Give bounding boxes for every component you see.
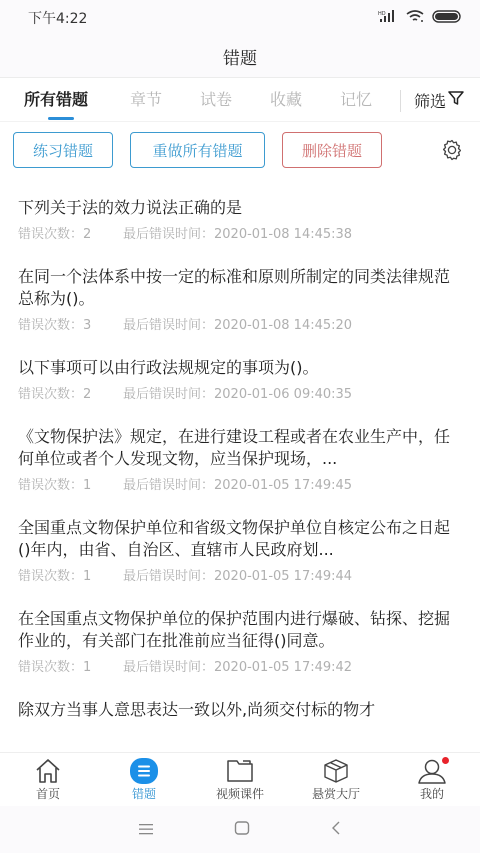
tab-label: 记忆 bbox=[340, 90, 372, 109]
question-title: 以下事项可以由行政法规规定的事项为()。 bbox=[18, 357, 462, 379]
last-error-time: 最后错误时间：2020-01-06 09:40:35 bbox=[123, 383, 352, 402]
nav-label: 视频课件 bbox=[216, 785, 264, 802]
gear-icon[interactable] bbox=[440, 138, 464, 166]
question-title: 在同一个法体系中按一定的标准和原则所制定的同类法律规范总称为()。 bbox=[18, 266, 462, 310]
user-icon bbox=[417, 757, 447, 785]
system-nav-bar bbox=[0, 806, 480, 853]
wifi-icon bbox=[406, 10, 424, 27]
error-count: 错误次数：2 bbox=[18, 383, 123, 402]
notification-badge bbox=[442, 757, 449, 764]
nav-mine[interactable]: 我的 bbox=[384, 753, 480, 806]
status-time: 下午4:22 bbox=[28, 8, 87, 28]
signal-icon: HD bbox=[378, 10, 398, 26]
status-bar: 下午4:22 HD bbox=[0, 0, 480, 36]
nav-video-courses[interactable]: 视频课件 bbox=[192, 753, 288, 806]
last-error-time: 最后错误时间：2020-01-05 17:49:45 bbox=[123, 474, 352, 493]
bottom-nav: 首页 错题 视频课件 悬赏大厅 我的 bbox=[0, 752, 480, 806]
last-error-time: 最后错误时间：2020-01-05 17:49:42 bbox=[123, 656, 352, 675]
question-meta: 错误次数：1最后错误时间：2020-01-05 17:49:45 bbox=[18, 474, 462, 493]
box-icon bbox=[322, 757, 350, 785]
tab-label: 所有错题 bbox=[24, 90, 88, 109]
tab-chapter[interactable]: 章节 bbox=[130, 78, 200, 122]
question-title: 在全国重点文物保护单位的保护范围内进行爆破、钻探、挖掘作业的，有关部门在批准前应… bbox=[18, 608, 462, 652]
list-item[interactable]: 《文物保护法》规定，在进行建设工程或者在农业生产中，任何单位或者个人发现文物，应… bbox=[0, 414, 480, 493]
question-meta: 错误次数：1最后错误时间：2020-01-05 17:49:42 bbox=[18, 656, 462, 675]
practice-wrong-button[interactable]: 练习错题 bbox=[13, 132, 113, 168]
list-item[interactable]: 在同一个法体系中按一定的标准和原则所制定的同类法律规范总称为()。 错误次数：3… bbox=[0, 254, 480, 333]
nav-bounty-hall[interactable]: 悬赏大厅 bbox=[288, 753, 384, 806]
list-icon bbox=[130, 757, 158, 785]
list-item[interactable]: 全国重点文物保护单位和省级文物保护单位自核定公布之日起()年内，由省、自治区、直… bbox=[0, 505, 480, 584]
question-title: 全国重点文物保护单位和省级文物保护单位自核定公布之日起()年内，由省、自治区、直… bbox=[18, 517, 462, 561]
folder-icon bbox=[226, 757, 254, 785]
home-button-icon[interactable] bbox=[234, 820, 250, 839]
last-error-time: 最后错误时间：2020-01-08 14:45:38 bbox=[123, 223, 352, 242]
error-count: 错误次数：3 bbox=[18, 314, 123, 333]
tab-label: 试卷 bbox=[200, 90, 232, 109]
list-item[interactable]: 在全国重点文物保护单位的保护范围内进行爆破、钻探、挖掘作业的，有关部门在批准前应… bbox=[0, 596, 480, 675]
question-meta: 错误次数：2最后错误时间：2020-01-06 09:40:35 bbox=[18, 383, 462, 402]
nav-home[interactable]: 首页 bbox=[0, 753, 96, 806]
home-icon bbox=[34, 757, 62, 785]
action-bar: 练习错题 重做所有错题 删除错题 bbox=[0, 122, 480, 178]
question-title: 《文物保护法》规定，在进行建设工程或者在农业生产中，任何单位或者个人发现文物，应… bbox=[18, 426, 462, 470]
page-title: 错题 bbox=[223, 44, 257, 69]
nav-label: 首页 bbox=[36, 785, 60, 802]
list-item[interactable]: 下列关于法的效力说法正确的是 错误次数：2最后错误时间：2020-01-08 1… bbox=[0, 185, 480, 242]
error-count: 错误次数：1 bbox=[18, 656, 123, 675]
delete-wrong-button[interactable]: 删除错题 bbox=[282, 132, 382, 168]
question-meta: 错误次数：2最后错误时间：2020-01-08 14:45:38 bbox=[18, 223, 462, 242]
tab-memory[interactable]: 记忆 bbox=[340, 78, 400, 122]
filter-icon bbox=[448, 90, 464, 110]
wrong-question-list[interactable]: 下列关于法的效力说法正确的是 错误次数：2最后错误时间：2020-01-08 1… bbox=[0, 185, 480, 750]
nav-label: 错题 bbox=[132, 785, 156, 802]
menu-icon[interactable] bbox=[138, 820, 154, 839]
question-title: 下列关于法的效力说法正确的是 bbox=[18, 197, 462, 219]
nav-label: 我的 bbox=[420, 785, 444, 802]
page-title-bar: 错题 bbox=[0, 36, 480, 78]
tab-label: 收藏 bbox=[270, 90, 302, 109]
back-icon[interactable] bbox=[330, 820, 342, 840]
question-meta: 错误次数：3最后错误时间：2020-01-08 14:45:20 bbox=[18, 314, 462, 333]
filter-button[interactable]: 筛选 bbox=[414, 78, 464, 122]
tab-label: 章节 bbox=[130, 90, 162, 109]
question-meta: 错误次数：1最后错误时间：2020-01-05 17:49:44 bbox=[18, 565, 462, 584]
last-error-time: 最后错误时间：2020-01-05 17:49:44 bbox=[123, 565, 352, 584]
tab-divider bbox=[400, 90, 401, 112]
error-count: 错误次数：2 bbox=[18, 223, 123, 242]
list-item[interactable]: 以下事项可以由行政法规规定的事项为()。 错误次数：2最后错误时间：2020-0… bbox=[0, 345, 480, 402]
list-item[interactable]: 除双方当事人意思表达一致以外,尚须交付标的物才 bbox=[0, 687, 480, 721]
error-count: 错误次数：1 bbox=[18, 474, 123, 493]
battery-icon bbox=[432, 10, 462, 27]
last-error-time: 最后错误时间：2020-01-08 14:45:20 bbox=[123, 314, 352, 333]
tab-exam[interactable]: 试卷 bbox=[200, 78, 270, 122]
nav-label: 悬赏大厅 bbox=[312, 785, 360, 802]
status-icons: HD bbox=[378, 10, 462, 27]
question-title: 除双方当事人意思表达一致以外,尚须交付标的物才 bbox=[18, 699, 462, 721]
tab-favorites[interactable]: 收藏 bbox=[270, 78, 340, 122]
nav-wrong-questions[interactable]: 错题 bbox=[96, 753, 192, 806]
tab-bar: 所有错题 章节 试卷 收藏 记忆 筛选 bbox=[0, 78, 480, 122]
filter-label: 筛选 bbox=[414, 89, 446, 112]
tab-all-wrong[interactable]: 所有错题 bbox=[24, 78, 130, 122]
redo-all-button[interactable]: 重做所有错题 bbox=[130, 132, 265, 168]
error-count: 错误次数：1 bbox=[18, 565, 123, 584]
